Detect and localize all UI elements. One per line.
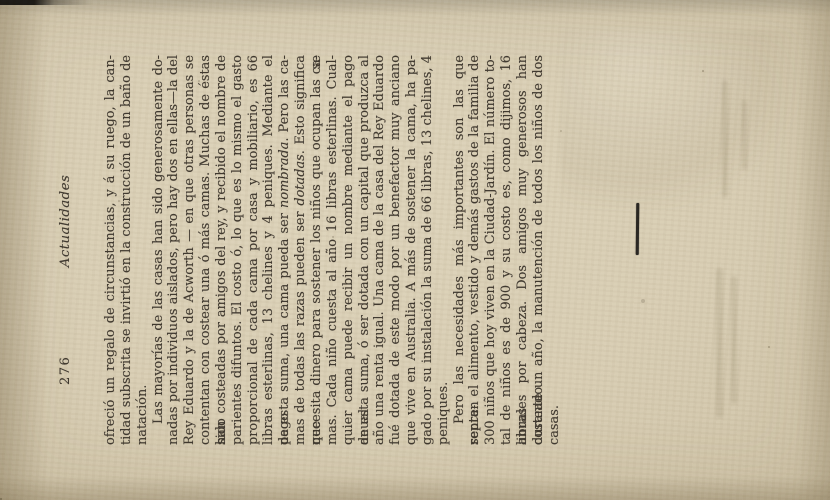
text-line: necesita dinero para sostener los niños …	[309, 55, 325, 445]
text-line: ofreció un regalo de circunstancias, y á…	[103, 55, 119, 445]
text-line: durante un año, la manutención de todos …	[531, 55, 547, 445]
text-line: proporcional de cada cama por casa y mob…	[246, 55, 262, 445]
text-line: tidad subscrita se invirtió en la constr…	[119, 55, 135, 445]
scan-edge-mark	[0, 0, 92, 5]
text-line: parientes difuntos. El costo ó, lo que e…	[230, 55, 246, 445]
text-line: año una renta igual. Una cama de la casa…	[372, 55, 388, 445]
text-line: tal de niños es de 900 y su costo es, co…	[499, 55, 515, 445]
text-line: de esta suma, una cama pueda ser nombrad…	[277, 55, 293, 445]
text-line: fué dotada de este modo por un benefacto…	[388, 55, 404, 445]
text-line: quier cama puede recibir un nombre media…	[341, 55, 357, 445]
book-page: 276 Actualidades ofreció un regalo de ci…	[0, 0, 830, 500]
bleedthrough-smudge	[722, 80, 728, 198]
text-segment: de esta suma, una cama pueda ser	[277, 208, 292, 445]
text-line: casas.	[547, 55, 563, 445]
text-line: de esta suma, ó ser dotada con un capita…	[357, 55, 373, 445]
bleedthrough-smudge	[731, 276, 737, 404]
text-segment: mas de todas las razas pueden ser	[293, 206, 308, 445]
text-line: Las mayorías de las casas han sido gener…	[151, 55, 167, 445]
bleedthrough-smudge	[716, 268, 723, 418]
paper-crease	[560, 30, 800, 210]
text-line: nadas por individuos aislados, pero hay …	[166, 55, 182, 445]
text-line: libras esterlinas, 13 chelines y 4 peniq…	[261, 55, 277, 445]
text-line: anuales por cabeza. Dos amigos muy gener…	[515, 55, 531, 445]
text-line: Pero las necesidades más importantes son…	[452, 55, 468, 445]
body-text: ofreció un regalo de circunstancias, y á…	[103, 55, 562, 445]
text-line: contentan con costear una ó más camas. M…	[198, 55, 214, 445]
running-header: Actualidades	[58, 55, 74, 445]
text-line: que vive en Australia. A más de sostener…	[404, 55, 420, 445]
italic-word: nombrada	[277, 142, 292, 208]
page-header: 276 Actualidades	[58, 55, 76, 445]
text-line: mas de todas las razas pueden ser dotada…	[293, 55, 309, 445]
text-line: sentan el alimento, vestido y demás gast…	[467, 55, 483, 445]
text-line: Rey Eduardo y la de Acworth — en que otr…	[182, 55, 198, 445]
scanned-page-stage: 276 Actualidades ofreció un regalo de ci…	[0, 0, 830, 500]
ink-mark	[636, 203, 639, 255]
text-line: 300 niños que hoy viven en la Ciudad-Jar…	[483, 55, 499, 445]
text-segment: . Pero las ca-	[277, 55, 292, 142]
text-block: 276 Actualidades ofreció un regalo de ci…	[58, 55, 562, 445]
text-line: sido costeadas por amigos del rey, y rec…	[214, 55, 230, 445]
text-line: natación.	[135, 55, 151, 445]
text-line: gado por su instalación la suma de 66 li…	[420, 55, 436, 445]
page-number: 276	[58, 356, 74, 385]
text-line: peniques.	[436, 55, 452, 445]
bleedthrough-smudge	[742, 100, 747, 170]
text-line: mas. Cada niño cuesta al año 16 libras e…	[325, 55, 341, 445]
italic-word: dotadas	[293, 154, 308, 205]
